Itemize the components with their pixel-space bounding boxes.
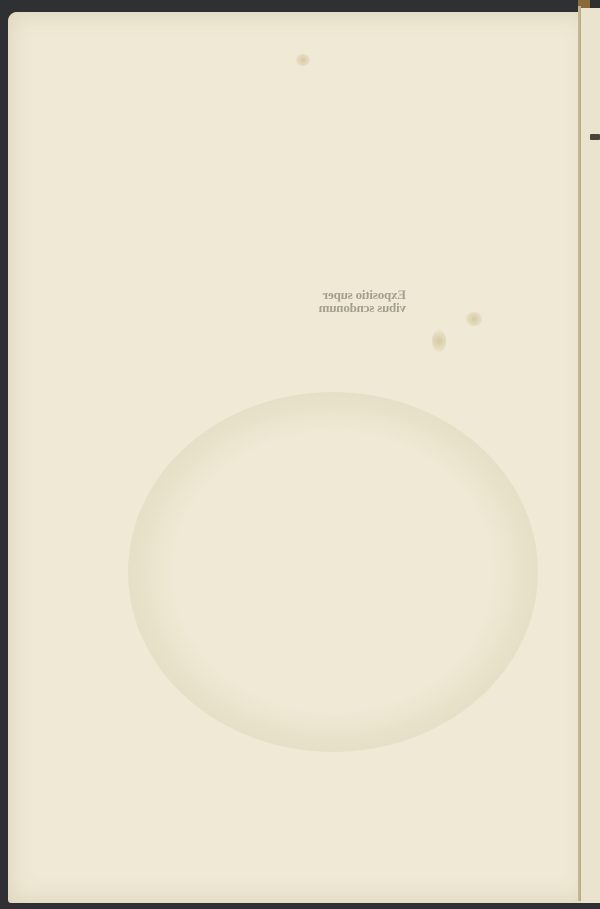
foxing-spot <box>466 312 482 326</box>
bleed-line-2: vibus scndonum <box>306 301 406 314</box>
foxing-spot <box>296 54 310 66</box>
adjacent-leaf <box>581 8 600 903</box>
page-tab-marker <box>590 134 600 140</box>
water-stain <box>128 392 538 752</box>
bleed-through-text: Expositio super vibus scndonum <box>306 288 406 314</box>
foxing-spot <box>432 330 446 352</box>
manuscript-page: Expositio super vibus scndonum <box>8 12 590 903</box>
